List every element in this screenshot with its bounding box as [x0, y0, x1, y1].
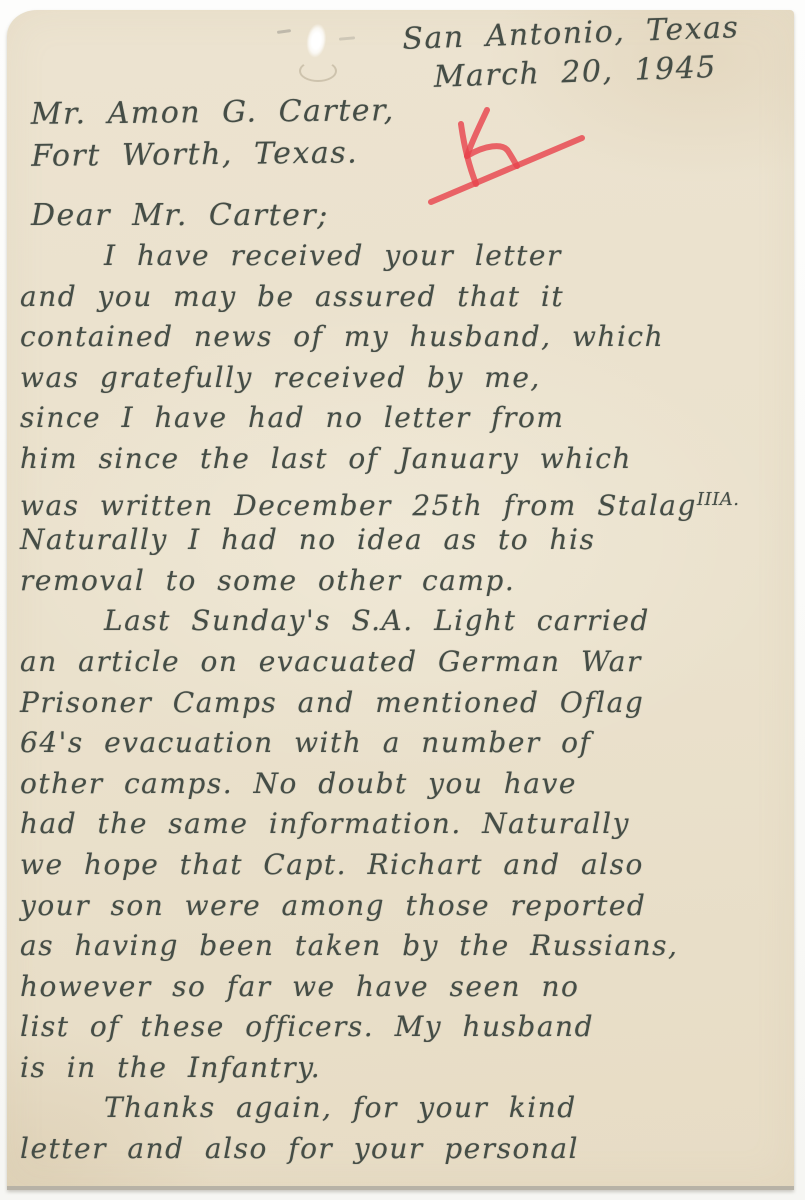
pencil-smudge — [339, 36, 355, 40]
letter-line: Thanks again, for your kind — [20, 1088, 792, 1129]
letter-line: letter and also for your personal — [20, 1129, 792, 1170]
recipient-address: Mr. Amon G. Carter, Fort Worth, Texas. — [31, 90, 396, 178]
letter-line: as having been taken by the Russians, — [20, 926, 792, 967]
superscript-text: IIIA. — [697, 489, 740, 510]
letter-line: I have received your letter — [20, 236, 792, 277]
letter-line: other camps. No doubt you have — [20, 764, 792, 805]
letter-line: Naturally I had no idea as to his — [20, 520, 792, 561]
dateline: San Antonio, Texas March 20, 1945 — [402, 10, 742, 98]
letter-line: however so far we have seen no — [20, 967, 792, 1008]
letter-line: was gratefully received by me, — [20, 358, 792, 399]
letter-paper: San Antonio, Texas March 20, 1945 Mr. Am… — [7, 10, 794, 1190]
letter-line: Prisoner Camps and mentioned Oflag — [20, 683, 792, 724]
pencil-smudge — [277, 29, 291, 34]
letter-line: contained news of my husband, which — [20, 317, 792, 358]
letter-line: Last Sunday's S.A. Light carried — [20, 601, 792, 642]
letter-line: and you may be assured that it — [20, 277, 792, 318]
letter-line: removal to some other camp. — [20, 561, 792, 602]
letter-line: an article on evacuated German War — [20, 642, 792, 683]
letter-line: list of these officers. My husband — [20, 1007, 792, 1048]
paper-flaw-ring — [299, 60, 337, 82]
letter-body: I have received your letterand you may b… — [20, 236, 792, 1170]
salutation: Dear Mr. Carter; — [31, 198, 329, 233]
letter-line: we hope that Capt. Richart and also — [20, 845, 792, 886]
recipient-name: Mr. Amon G. Carter, — [31, 90, 395, 136]
letter-line: was written December 25th from StalagIII… — [20, 480, 792, 521]
letter-line: had the same information. Naturally — [20, 804, 792, 845]
letter-line: is in the Infantry. — [20, 1048, 792, 1089]
recipient-city: Fort Worth, Texas. — [31, 132, 395, 178]
letter-line: 64's evacuation with a number of — [20, 723, 792, 764]
letter-line: your son were among those reported — [20, 886, 792, 927]
red-crayon-k-mark — [419, 104, 625, 232]
letter-scan: San Antonio, Texas March 20, 1945 Mr. Am… — [0, 0, 805, 1200]
letter-line: since I have had no letter from — [20, 398, 792, 439]
letter-line: him since the last of January which — [20, 439, 792, 480]
